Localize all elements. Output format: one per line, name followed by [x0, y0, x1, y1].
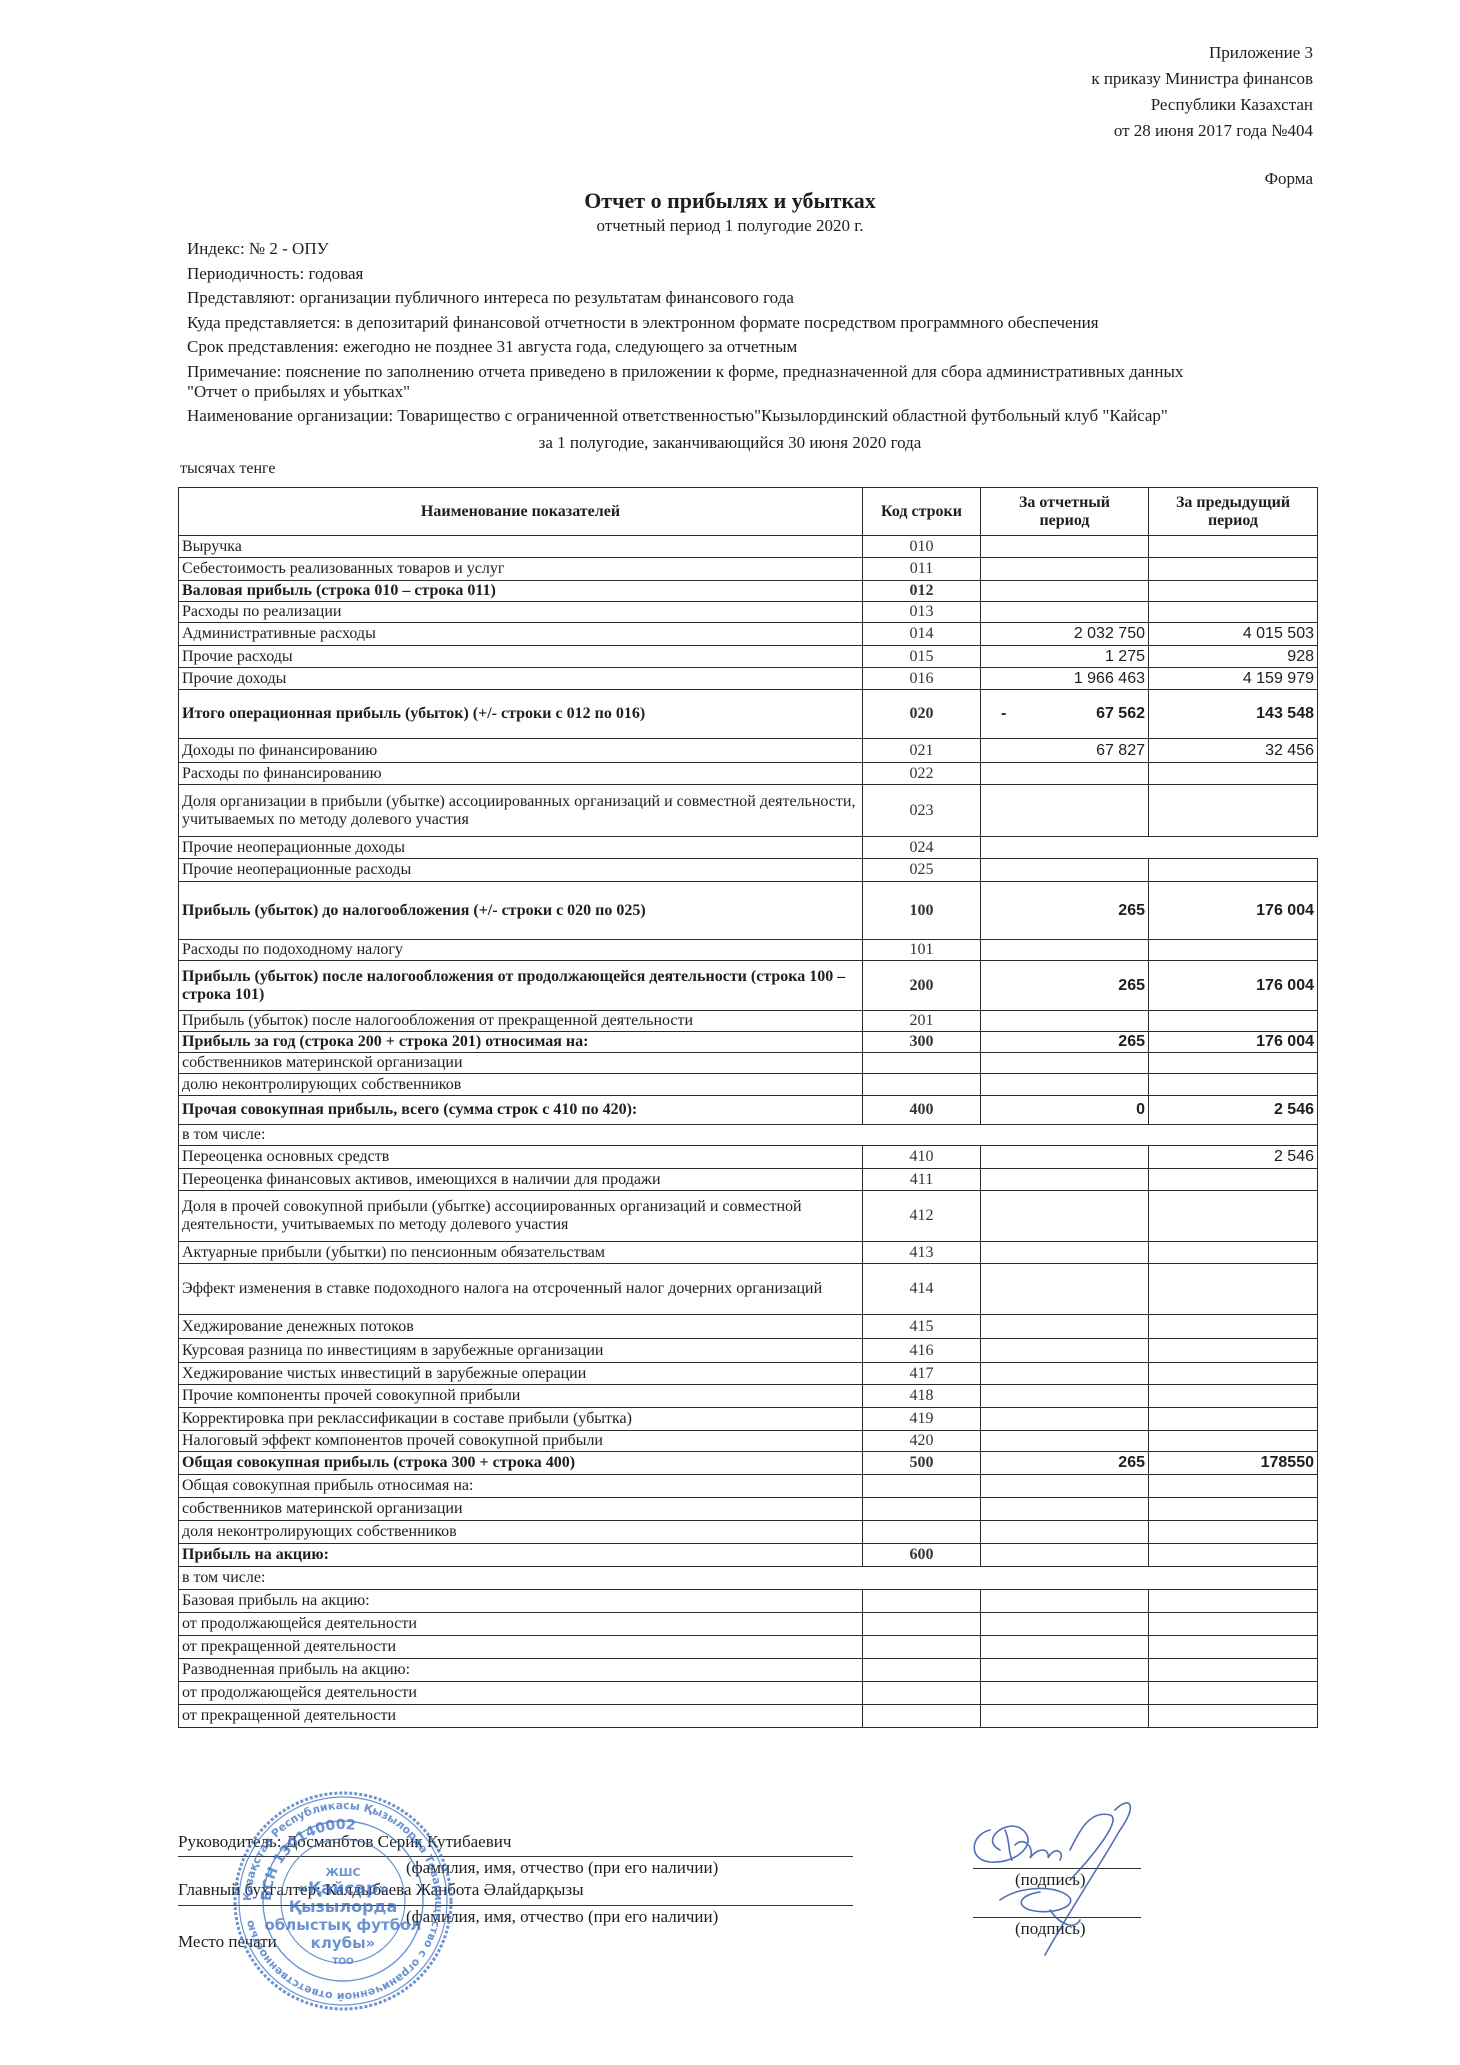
- row-code: [863, 1636, 981, 1659]
- row-code: 417: [863, 1363, 981, 1385]
- row-current-value: 67 827: [981, 739, 1149, 763]
- table-row: Переоценка основных средств4102 546: [179, 1146, 1318, 1169]
- row-current-value: 265: [981, 1032, 1149, 1053]
- row-current-value: [981, 1191, 1149, 1242]
- row-previous-value: [1149, 1613, 1318, 1636]
- row-name: Актуарные прибыли (убытки) по пенсионным…: [179, 1242, 863, 1264]
- table-row: Прочая совокупная прибыль, всего (сумма …: [179, 1096, 1318, 1125]
- row-code: 021: [863, 739, 981, 763]
- row-previous-value: [1149, 558, 1318, 581]
- row-current-value: [981, 1544, 1149, 1567]
- table-row: Корректировка при реклассификации в сост…: [179, 1408, 1318, 1431]
- row-current-value: [981, 1408, 1149, 1431]
- row-previous-value: [1149, 536, 1318, 558]
- row-previous-value: [1149, 1191, 1318, 1242]
- annex-note: Приложение 3 к приказу Министра финансов…: [1091, 40, 1313, 144]
- table-row: Общая совокупная прибыль (строка 300 + с…: [179, 1452, 1318, 1475]
- row-previous-value: 176 004: [1149, 961, 1318, 1011]
- row-name: Себестоимость реализованных товаров и ус…: [179, 558, 863, 581]
- row-previous-value: 4 015 503: [1149, 623, 1318, 646]
- row-previous-value: [1149, 1074, 1318, 1096]
- row-name: доля неконтролирующих собственников: [179, 1521, 863, 1544]
- row-code: [863, 1705, 981, 1728]
- row-code: 200: [863, 961, 981, 1011]
- row-previous-value: 178550: [1149, 1452, 1318, 1475]
- row-name: Итого операционная прибыль (убыток) (+/-…: [179, 690, 863, 739]
- row-name: Налоговый эффект компонентов прочей сово…: [179, 1431, 863, 1452]
- row-previous-value: [1149, 1636, 1318, 1659]
- row-name: Валовая прибыль (строка 010 – строка 011…: [179, 581, 863, 602]
- row-previous-value: 176 004: [1149, 882, 1318, 940]
- table-row: Прибыль за год (строка 200 + строка 201)…: [179, 1032, 1318, 1053]
- col-header-previous-line2: период: [1152, 512, 1314, 530]
- row-code: 015: [863, 646, 981, 668]
- row-code: [863, 1659, 981, 1682]
- row-name: Доходы по финансированию: [179, 739, 863, 763]
- row-code: 400: [863, 1096, 981, 1125]
- row-code: 010: [863, 536, 981, 558]
- row-code: 415: [863, 1315, 981, 1339]
- row-name: Переоценка финансовых активов, имеющихся…: [179, 1169, 863, 1191]
- col-header-name: Наименование показателей: [179, 488, 863, 536]
- row-current-value: [981, 1431, 1149, 1452]
- row-code: 411: [863, 1169, 981, 1191]
- row-name: Прочие неоперационные доходы: [179, 837, 863, 859]
- row-name: Административные расходы: [179, 623, 863, 646]
- table-row: Хеджирование чистых инвестиций в зарубеж…: [179, 1363, 1318, 1385]
- row-previous-value: [1149, 1339, 1318, 1363]
- row-name: от прекращенной деятельности: [179, 1705, 863, 1728]
- row-current-value: [981, 1053, 1149, 1074]
- row-name: Прочая совокупная прибыль, всего (сумма …: [179, 1096, 863, 1125]
- table-row: Прибыль (убыток) до налогообложения (+/-…: [179, 882, 1318, 940]
- table-row: от прекращенной деятельности: [179, 1705, 1318, 1728]
- table-row: от продолжающейся деятельности: [179, 1613, 1318, 1636]
- row-current-value: [981, 558, 1149, 581]
- meta-destination: Куда представляется: в депозитарий финан…: [187, 312, 1183, 337]
- organization-stamp-icon: Қазақстан Республикасы Қызылорда Товарищ…: [232, 1790, 454, 2012]
- row-code: [863, 1053, 981, 1074]
- row-previous-value: [1149, 785, 1318, 837]
- row-code: 300: [863, 1032, 981, 1053]
- row-previous-value: [1149, 1590, 1318, 1613]
- row-code: 419: [863, 1408, 981, 1431]
- row-name: Прочие неоперационные расходы: [179, 859, 863, 882]
- row-name: Расходы по реализации: [179, 602, 863, 623]
- row-code: [863, 1498, 981, 1521]
- table-row: доля неконтролирующих собственников: [179, 1521, 1318, 1544]
- row-name: Корректировка при реклассификации в сост…: [179, 1408, 863, 1431]
- row-name: Прочие компоненты прочей совокупной приб…: [179, 1385, 863, 1408]
- row-name: Прибыль (убыток) после налогообложения о…: [179, 961, 863, 1011]
- table-row: Базовая прибыль на акцию:: [179, 1590, 1318, 1613]
- row-current-value: [981, 763, 1149, 785]
- row-name: Переоценка основных средств: [179, 1146, 863, 1169]
- table-row: Расходы по подоходному налогу101: [179, 940, 1318, 961]
- row-current-value: [981, 1339, 1149, 1363]
- table-row: собственников материнской организации: [179, 1498, 1318, 1521]
- row-code: 600: [863, 1544, 981, 1567]
- row-previous-value: [1149, 1363, 1318, 1385]
- row-previous-value: [1149, 1521, 1318, 1544]
- table-row: Прочие неоперационные расходы025: [179, 859, 1318, 882]
- row-code: 016: [863, 668, 981, 690]
- row-name: Прибыль (убыток) до налогообложения (+/-…: [179, 882, 863, 940]
- table-header-row: Наименование показателей Код строки За о…: [179, 488, 1318, 536]
- row-name: Прибыль (убыток) после налогообложения о…: [179, 1011, 863, 1032]
- row-code: 201: [863, 1011, 981, 1032]
- row-name: долю неконтролирующих собственников: [179, 1074, 863, 1096]
- row-name: собственников материнской организации: [179, 1053, 863, 1074]
- row-current-value: [981, 1264, 1149, 1315]
- row-name: Доля в прочей совокупной прибыли (убытке…: [179, 1191, 863, 1242]
- table-row: Доля в прочей совокупной прибыли (убытке…: [179, 1191, 1318, 1242]
- table-row: в том числе:: [179, 1125, 1318, 1146]
- page-title: Отчет о прибылях и убытках: [0, 188, 1460, 214]
- row-name: Хеджирование денежных потоков: [179, 1315, 863, 1339]
- row-code: 023: [863, 785, 981, 837]
- table-row: Доля организации в прибыли (убытке) ассо…: [179, 785, 1318, 837]
- row-name: Доля организации в прибыли (убытке) ассо…: [179, 785, 863, 837]
- row-code: 101: [863, 940, 981, 961]
- row-current-value: [981, 1682, 1149, 1705]
- row-name: собственников материнской организации: [179, 1498, 863, 1521]
- row-previous-value: [1149, 1659, 1318, 1682]
- row-previous-value: [1149, 837, 1318, 859]
- row-code: 100: [863, 882, 981, 940]
- row-current-value: 2 032 750: [981, 623, 1149, 646]
- row-name: Расходы по подоходному налогу: [179, 940, 863, 961]
- row-code: 414: [863, 1264, 981, 1315]
- row-name: Общая совокупная прибыль (строка 300 + с…: [179, 1452, 863, 1475]
- row-name: Выручка: [179, 536, 863, 558]
- row-code: 020: [863, 690, 981, 739]
- svg-text:ТОО: ТОО: [332, 1957, 354, 1967]
- row-current-sign: -: [1001, 705, 1006, 723]
- row-code: 011: [863, 558, 981, 581]
- table-row: в том числе:: [179, 1567, 1318, 1590]
- table-row: от прекращенной деятельности: [179, 1636, 1318, 1659]
- row-code: [863, 1613, 981, 1636]
- row-section-label: в том числе:: [179, 1125, 1318, 1146]
- col-header-current-line1: За отчетный: [984, 494, 1145, 512]
- row-name: Общая совокупная прибыль относимая на:: [179, 1475, 863, 1498]
- meta-periodicity: Периодичность: годовая: [187, 263, 1183, 288]
- row-previous-value: [1149, 1315, 1318, 1339]
- row-current-value: [981, 1636, 1149, 1659]
- row-current-value: 265: [981, 961, 1149, 1011]
- row-previous-value: 2 546: [1149, 1146, 1318, 1169]
- row-current-value: [981, 1146, 1149, 1169]
- row-previous-value: [1149, 1498, 1318, 1521]
- meta-submitters: Представляют: организации публичного инт…: [187, 287, 1183, 312]
- table-row: Себестоимость реализованных товаров и ус…: [179, 558, 1318, 581]
- table-row: Расходы по финансированию022: [179, 763, 1318, 785]
- table-row: Налоговый эффект компонентов прочей сово…: [179, 1431, 1318, 1452]
- row-current-value: 0: [981, 1096, 1149, 1125]
- row-current-value: 265: [981, 882, 1149, 940]
- row-code: 024: [863, 837, 981, 859]
- svg-text:клубы»: клубы»: [311, 1934, 376, 1952]
- row-previous-value: [1149, 1011, 1318, 1032]
- row-code: 410: [863, 1146, 981, 1169]
- row-current-value: [981, 940, 1149, 961]
- row-previous-value: [1149, 1544, 1318, 1567]
- row-previous-value: [1149, 1431, 1318, 1452]
- row-current-value: [981, 1242, 1149, 1264]
- row-previous-value: [1149, 1385, 1318, 1408]
- row-code: 412: [863, 1191, 981, 1242]
- table-row: Прочие доходы0161 966 4634 159 979: [179, 668, 1318, 690]
- svg-text:ЖШС: ЖШС: [325, 1866, 360, 1879]
- row-current-value: [981, 1705, 1149, 1728]
- table-row: Валовая прибыль (строка 010 – строка 011…: [179, 581, 1318, 602]
- table-row: Административные расходы0142 032 7504 01…: [179, 623, 1318, 646]
- row-previous-value: [1149, 859, 1318, 882]
- table-row: Прибыль на акцию:600: [179, 1544, 1318, 1567]
- row-name: от продолжающейся деятельности: [179, 1682, 863, 1705]
- table-row: Курсовая разница по инвестициям в зарубе…: [179, 1339, 1318, 1363]
- table-row: Общая совокупная прибыль относимая на:: [179, 1475, 1318, 1498]
- table-row: Переоценка финансовых активов, имеющихся…: [179, 1169, 1318, 1191]
- row-name: Прочие расходы: [179, 646, 863, 668]
- col-header-code: Код строки: [863, 488, 981, 536]
- row-code: 420: [863, 1431, 981, 1452]
- row-previous-value: [1149, 1053, 1318, 1074]
- row-current-value: 265: [981, 1452, 1149, 1475]
- row-current-value: [981, 1590, 1149, 1613]
- meta-deadline: Срок представления: ежегодно не позднее …: [187, 336, 1183, 361]
- row-name: Прибыль за год (строка 200 + строка 201)…: [179, 1032, 863, 1053]
- row-previous-value: 4 159 979: [1149, 668, 1318, 690]
- row-name: от продолжающейся деятельности: [179, 1613, 863, 1636]
- row-previous-value: 2 546: [1149, 1096, 1318, 1125]
- table-row: Выручка010: [179, 536, 1318, 558]
- row-current-value: [981, 1363, 1149, 1385]
- row-code: 025: [863, 859, 981, 882]
- meta-note: Примечание: пояснение по заполнению отче…: [187, 361, 1183, 381]
- row-code: 014: [863, 623, 981, 646]
- table-row: долю неконтролирующих собственников: [179, 1074, 1318, 1096]
- row-current-value: [981, 1011, 1149, 1032]
- row-name: Хеджирование чистых инвестиций в зарубеж…: [179, 1363, 863, 1385]
- row-current-value: [981, 785, 1149, 837]
- row-code: 500: [863, 1452, 981, 1475]
- row-code: [863, 1475, 981, 1498]
- table-row: Актуарные прибыли (убытки) по пенсионным…: [179, 1242, 1318, 1264]
- svg-text:Қызылорда: Қызылорда: [289, 1897, 398, 1916]
- table-row: Итого операционная прибыль (убыток) (+/-…: [179, 690, 1318, 739]
- units-label: тысячах тенге: [180, 460, 275, 478]
- row-code: [863, 1074, 981, 1096]
- row-name: от прекращенной деятельности: [179, 1636, 863, 1659]
- row-current-value: [981, 1074, 1149, 1096]
- row-previous-value: [1149, 1682, 1318, 1705]
- row-current-value: [981, 1659, 1149, 1682]
- table-row: от продолжающейся деятельности: [179, 1682, 1318, 1705]
- meta-period-line: за 1 полугодие, заканчивающийся 30 июня …: [0, 433, 1460, 453]
- row-current-value: [981, 602, 1149, 623]
- row-previous-value: [1149, 1242, 1318, 1264]
- row-current-value: [981, 1169, 1149, 1191]
- row-previous-value: 143 548: [1149, 690, 1318, 739]
- table-row: Прочие неоперационные доходы024: [179, 837, 1318, 859]
- handwritten-signature-icon: [960, 1790, 1160, 1965]
- row-name: Базовая прибыль на акцию:: [179, 1590, 863, 1613]
- row-code: 416: [863, 1339, 981, 1363]
- page-subtitle: отчетный период 1 полугодие 2020 г.: [0, 216, 1460, 236]
- row-code: 012: [863, 581, 981, 602]
- meta-organization: Наименование организации: Товарищество с…: [187, 405, 1183, 427]
- row-name: Прочие доходы: [179, 668, 863, 690]
- table-row: Прочие компоненты прочей совокупной приб…: [179, 1385, 1318, 1408]
- row-code: [863, 1682, 981, 1705]
- row-code: 418: [863, 1385, 981, 1408]
- income-statement-table: Наименование показателей Код строки За о…: [178, 487, 1318, 1728]
- row-previous-value: [1149, 602, 1318, 623]
- table-row: Хеджирование денежных потоков415: [179, 1315, 1318, 1339]
- annex-line: Приложение 3: [1091, 40, 1313, 66]
- row-code: 413: [863, 1242, 981, 1264]
- table-row: Доходы по финансированию02167 82732 456: [179, 739, 1318, 763]
- row-previous-value: [1149, 581, 1318, 602]
- table-row: Прибыль (убыток) после налогообложения о…: [179, 1011, 1318, 1032]
- row-code: 022: [863, 763, 981, 785]
- col-header-current: За отчетный период: [981, 488, 1149, 536]
- row-code: [863, 1590, 981, 1613]
- row-previous-value: [1149, 1705, 1318, 1728]
- row-previous-value: 928: [1149, 646, 1318, 668]
- row-current-value: 1 966 463: [981, 668, 1149, 690]
- row-current-value: [981, 536, 1149, 558]
- row-name: Разводненная прибыль на акцию:: [179, 1659, 863, 1682]
- row-current-value: [981, 1498, 1149, 1521]
- row-previous-value: [1149, 1264, 1318, 1315]
- svg-text:облыстық футбол: облыстық футбол: [264, 1916, 421, 1934]
- row-current-value: [981, 837, 1149, 859]
- annex-line: к приказу Министра финансов: [1091, 66, 1313, 92]
- row-previous-value: [1149, 940, 1318, 961]
- row-previous-value: [1149, 1169, 1318, 1191]
- col-header-current-line2: период: [984, 512, 1145, 530]
- svg-text:«Қайсар»: «Қайсар»: [297, 1879, 389, 1899]
- row-previous-value: 176 004: [1149, 1032, 1318, 1053]
- row-previous-value: [1149, 763, 1318, 785]
- table-row: Прибыль (убыток) после налогообложения о…: [179, 961, 1318, 1011]
- meta-note-cont: "Отчет о прибылях и убытках": [187, 381, 1183, 406]
- meta-index: Индекс: № 2 - ОПУ: [187, 238, 1183, 263]
- row-name: Расходы по финансированию: [179, 763, 863, 785]
- row-code: [863, 1521, 981, 1544]
- annex-line: Республики Казахстан: [1091, 92, 1313, 118]
- row-current-amount: 67 562: [1096, 705, 1145, 722]
- row-previous-value: 32 456: [1149, 739, 1318, 763]
- row-current-value: [981, 581, 1149, 602]
- row-current-value: -67 562: [981, 690, 1149, 739]
- table-row: собственников материнской организации: [179, 1053, 1318, 1074]
- row-name: Курсовая разница по инвестициям в зарубе…: [179, 1339, 863, 1363]
- annex-line: от 28 июня 2017 года №404: [1091, 118, 1313, 144]
- row-name: Прибыль на акцию:: [179, 1544, 863, 1567]
- row-code: 013: [863, 602, 981, 623]
- row-previous-value: [1149, 1408, 1318, 1431]
- row-current-value: [981, 1613, 1149, 1636]
- row-current-value: [981, 859, 1149, 882]
- row-current-value: [981, 1475, 1149, 1498]
- report-meta: Индекс: № 2 - ОПУ Периодичность: годовая…: [187, 238, 1183, 427]
- table-row: Эффект изменения в ставке подоходного на…: [179, 1264, 1318, 1315]
- row-current-value: [981, 1521, 1149, 1544]
- table-row: Разводненная прибыль на акцию:: [179, 1659, 1318, 1682]
- row-name: Эффект изменения в ставке подоходного на…: [179, 1264, 863, 1315]
- row-current-value: [981, 1315, 1149, 1339]
- row-previous-value: [1149, 1475, 1318, 1498]
- col-header-previous: За предыдущий период: [1149, 488, 1318, 536]
- table-row: Прочие расходы0151 275928: [179, 646, 1318, 668]
- row-section-label: в том числе:: [179, 1567, 1318, 1590]
- row-current-value: [981, 1385, 1149, 1408]
- row-current-value: 1 275: [981, 646, 1149, 668]
- table-row: Расходы по реализации013: [179, 602, 1318, 623]
- col-header-previous-line1: За предыдущий: [1152, 494, 1314, 512]
